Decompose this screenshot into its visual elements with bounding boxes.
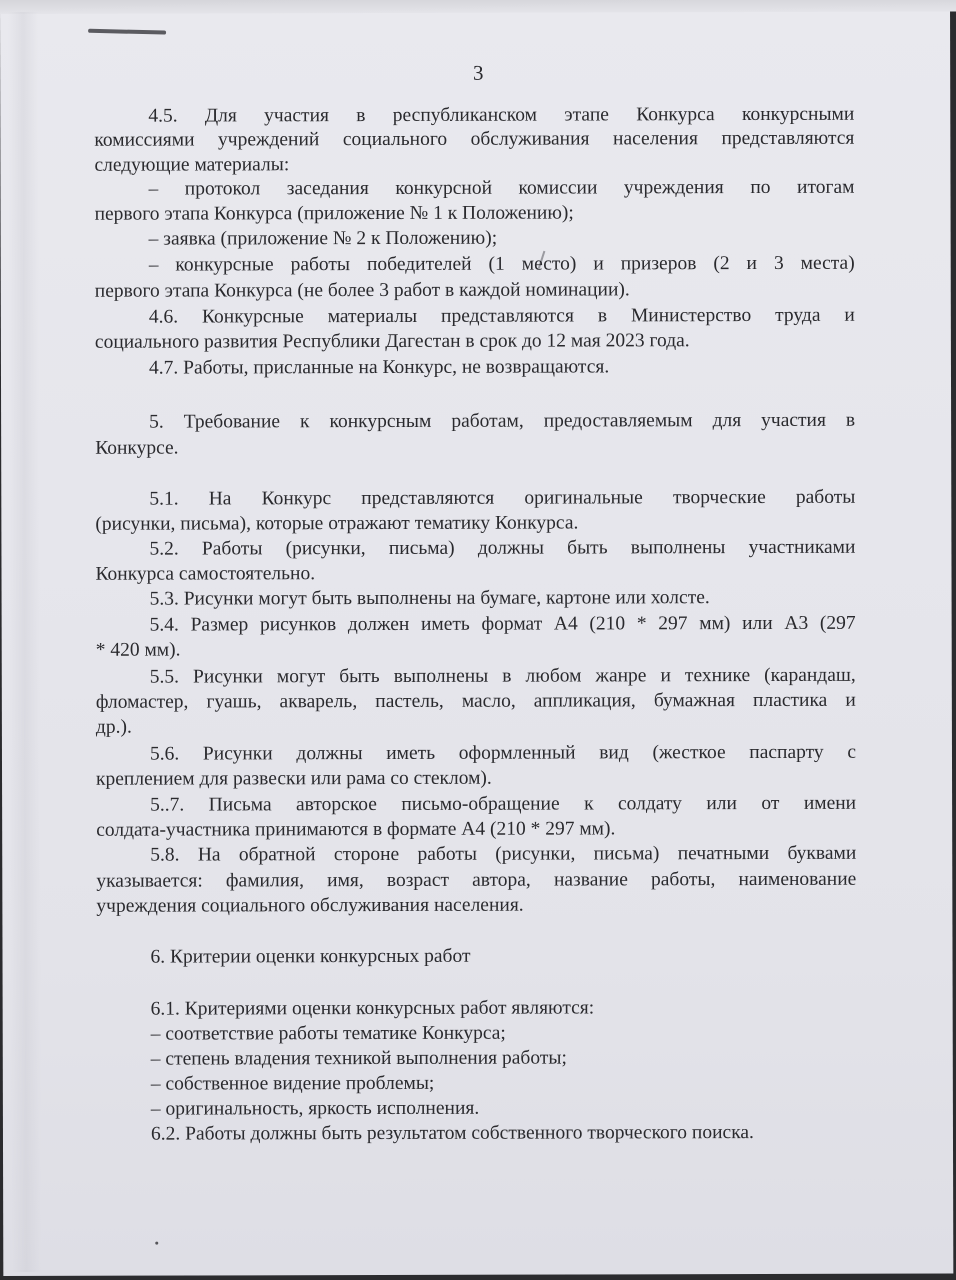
text-line: 5.1. На Конкурс представляются оригиналь… bbox=[149, 486, 855, 512]
page-fold-shadow bbox=[8, 12, 41, 1272]
text-line: – конкурсные работы победителей (1 место… bbox=[149, 252, 855, 278]
text-line: солдата-участника принимаются в формате … bbox=[96, 817, 615, 842]
text-line: комиссиями учреждений социального обслуж… bbox=[94, 127, 854, 153]
ink-dot bbox=[155, 1242, 158, 1245]
text-line: (рисунки, письма), которые отражают тема… bbox=[95, 511, 578, 536]
text-line: 5.4. Размер рисунков должен иметь формат… bbox=[150, 612, 856, 638]
text-line: 4.6. Конкурсные материалы представляются… bbox=[149, 304, 855, 330]
text-line: первого этапа Конкурса (не более 3 работ… bbox=[95, 278, 630, 303]
page-top-edge bbox=[0, 0, 956, 14]
document-page: 3 4.5. Для участия в республиканском эта… bbox=[0, 0, 953, 1276]
text-line: 6.1. Критериями оценки конкурсных работ … bbox=[151, 996, 595, 1021]
text-line: 5.2. Работы (рисунки, письма) должны быт… bbox=[149, 536, 855, 562]
text-line: социального развития Республики Дагестан… bbox=[95, 329, 690, 355]
page-number: 3 bbox=[0, 59, 956, 87]
text-line: следующие материалы: bbox=[94, 153, 289, 178]
text-line: 4.7. Работы, присланные на Конкурс, не в… bbox=[149, 355, 609, 380]
text-line: первого этапа Конкурса (приложение № 1 к… bbox=[95, 201, 574, 226]
text-line: 5.3. Рисунки могут быть выполнены на бум… bbox=[150, 586, 710, 611]
text-line: учреждения социального обслуживания насе… bbox=[96, 894, 523, 919]
text-line: фломастер, гуашь, акварель, пастель, мас… bbox=[96, 689, 856, 715]
text-line: 5.6. Рисунки должны иметь оформленный ви… bbox=[150, 741, 856, 767]
text-line: 6.2. Работы должны быть результатом собс… bbox=[151, 1121, 754, 1147]
text-line: креплением для развески или рама со стек… bbox=[96, 767, 492, 792]
text-line: др.). bbox=[96, 716, 132, 740]
text-line: указывается: фамилия, имя, возраст автор… bbox=[96, 868, 856, 894]
text-line: – протокол заседания конкурсной комиссии… bbox=[148, 176, 854, 202]
text-line: Конкурсе. bbox=[95, 437, 178, 461]
text-line: – степень владения техникой выполнения р… bbox=[151, 1047, 567, 1072]
text-line: * 420 мм). bbox=[96, 639, 181, 663]
text-line: 5.5. Рисунки могут быть выполнены в любо… bbox=[150, 664, 856, 690]
text-line: 5. Требование к конкурсным работам, пред… bbox=[149, 409, 855, 435]
text-line: – собственное видение проблемы; bbox=[151, 1072, 435, 1097]
text-line: 4.5. Для участия в республиканском этапе… bbox=[148, 103, 854, 129]
text-line: Конкурса самостоятельно. bbox=[95, 562, 315, 587]
text-line: – заявка (приложение № 2 к Положению); bbox=[149, 227, 498, 252]
text-line: 6. Критерии оценки конкурсных работ bbox=[150, 945, 470, 970]
text-line: – соответствие работы тематике Конкурса; bbox=[151, 1022, 506, 1047]
text-line: 5..7. Письма авторское письмо-обращение … bbox=[150, 792, 856, 818]
pen-mark bbox=[88, 29, 166, 35]
text-line: 5.8. На обратной стороне работы (рисунки… bbox=[150, 842, 856, 868]
text-line: – оригинальность, яркость исполнения. bbox=[151, 1097, 479, 1122]
